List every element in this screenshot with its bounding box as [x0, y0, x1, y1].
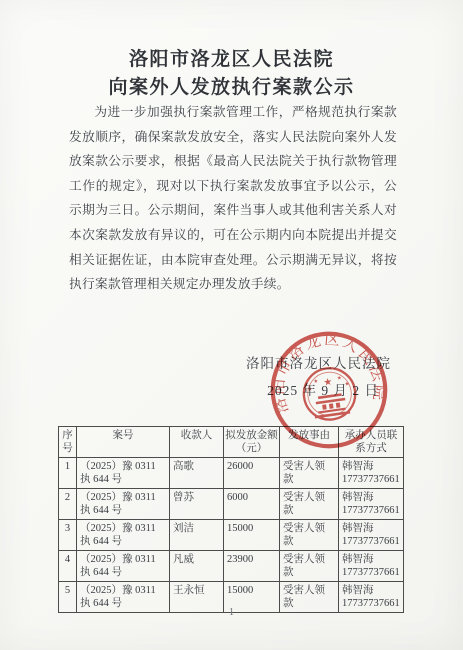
contact-name: 韩智海 [342, 522, 400, 535]
header-contact: 承办人员联系方式 [339, 427, 404, 458]
cell-reason: 受害人领款 [280, 520, 339, 551]
cell-amount: 23900 [224, 551, 280, 582]
header-payee: 收款人 [170, 427, 224, 458]
cell-payee: 高歌 [170, 458, 224, 489]
contact-phone: 17737737661 [342, 566, 400, 579]
table-body: 1（2025）豫 0311 执 644 号高歌26000受害人领款韩智海1773… [59, 458, 404, 613]
header-amount: 拟发放金额（元） [224, 427, 280, 458]
table-header-row: 序号 案号 收款人 拟发放金额（元） 发放事由 承办人员联系方式 [59, 427, 404, 458]
cell-no: 3 [59, 520, 77, 551]
document-title-line1: 洛阳市洛龙区人民法院 [0, 44, 463, 71]
cell-case-no: （2025）豫 0311 执 644 号 [77, 489, 170, 520]
cell-amount: 15000 [224, 520, 280, 551]
cell-reason: 受害人领款 [280, 551, 339, 582]
cell-payee: 刘洁 [170, 520, 224, 551]
signature-court-name: 洛阳市洛龙区人民法院 [246, 352, 391, 372]
cell-contact: 韩智海17737737661 [339, 489, 404, 520]
signature-date: 2025 年 9 月 2 日 [267, 379, 379, 399]
cell-contact: 韩智海17737737661 [339, 520, 404, 551]
contact-phone: 17737737661 [342, 473, 400, 486]
contact-name: 韩智海 [342, 553, 400, 566]
page-number: 1 [0, 607, 463, 618]
contact-name: 韩智海 [342, 584, 400, 597]
cell-no: 4 [59, 551, 77, 582]
cell-no: 1 [59, 458, 77, 489]
document-title-line2: 向案外人发放执行案款公示 [0, 72, 463, 99]
header-case-no: 案号 [77, 427, 170, 458]
cell-case-no: （2025）豫 0311 执 644 号 [77, 458, 170, 489]
table-row: 4（2025）豫 0311 执 644 号凡威23900受害人领款韩智海1773… [59, 551, 404, 582]
contact-phone: 17737737661 [342, 504, 400, 517]
cell-contact: 韩智海17737737661 [339, 551, 404, 582]
table-row: 2（2025）豫 0311 执 644 号曾苏6000受害人领款韩智海17737… [59, 489, 404, 520]
document-page: 洛阳市洛龙区人民法院 向案外人发放执行案款公示 为进一步加强执行案款管理工作，严… [0, 0, 463, 650]
cell-case-no: （2025）豫 0311 执 644 号 [77, 551, 170, 582]
contact-phone: 17737737661 [342, 535, 400, 548]
contact-name: 韩智海 [342, 460, 400, 473]
cell-reason: 受害人领款 [280, 458, 339, 489]
cell-amount: 26000 [224, 458, 280, 489]
cell-amount: 6000 [224, 489, 280, 520]
table-row: 3（2025）豫 0311 执 644 号刘洁15000受害人领款韩智海1773… [59, 520, 404, 551]
cell-case-no: （2025）豫 0311 执 644 号 [77, 520, 170, 551]
cell-payee: 曾苏 [170, 489, 224, 520]
cell-payee: 凡威 [170, 551, 224, 582]
header-reason: 发放事由 [280, 427, 339, 458]
table-row: 1（2025）豫 0311 执 644 号高歌26000受害人领款韩智海1773… [59, 458, 404, 489]
contact-name: 韩智海 [342, 491, 400, 504]
header-no: 序号 [59, 427, 77, 458]
body-paragraph: 为进一步加强执行案款管理工作，严格规范执行案款发放顺序，确保案款发放安全，落实人… [69, 100, 397, 297]
distribution-table: 序号 案号 收款人 拟发放金额（元） 发放事由 承办人员联系方式 1（2025）… [58, 426, 404, 613]
cell-contact: 韩智海17737737661 [339, 458, 404, 489]
cell-no: 2 [59, 489, 77, 520]
cell-reason: 受害人领款 [280, 489, 339, 520]
